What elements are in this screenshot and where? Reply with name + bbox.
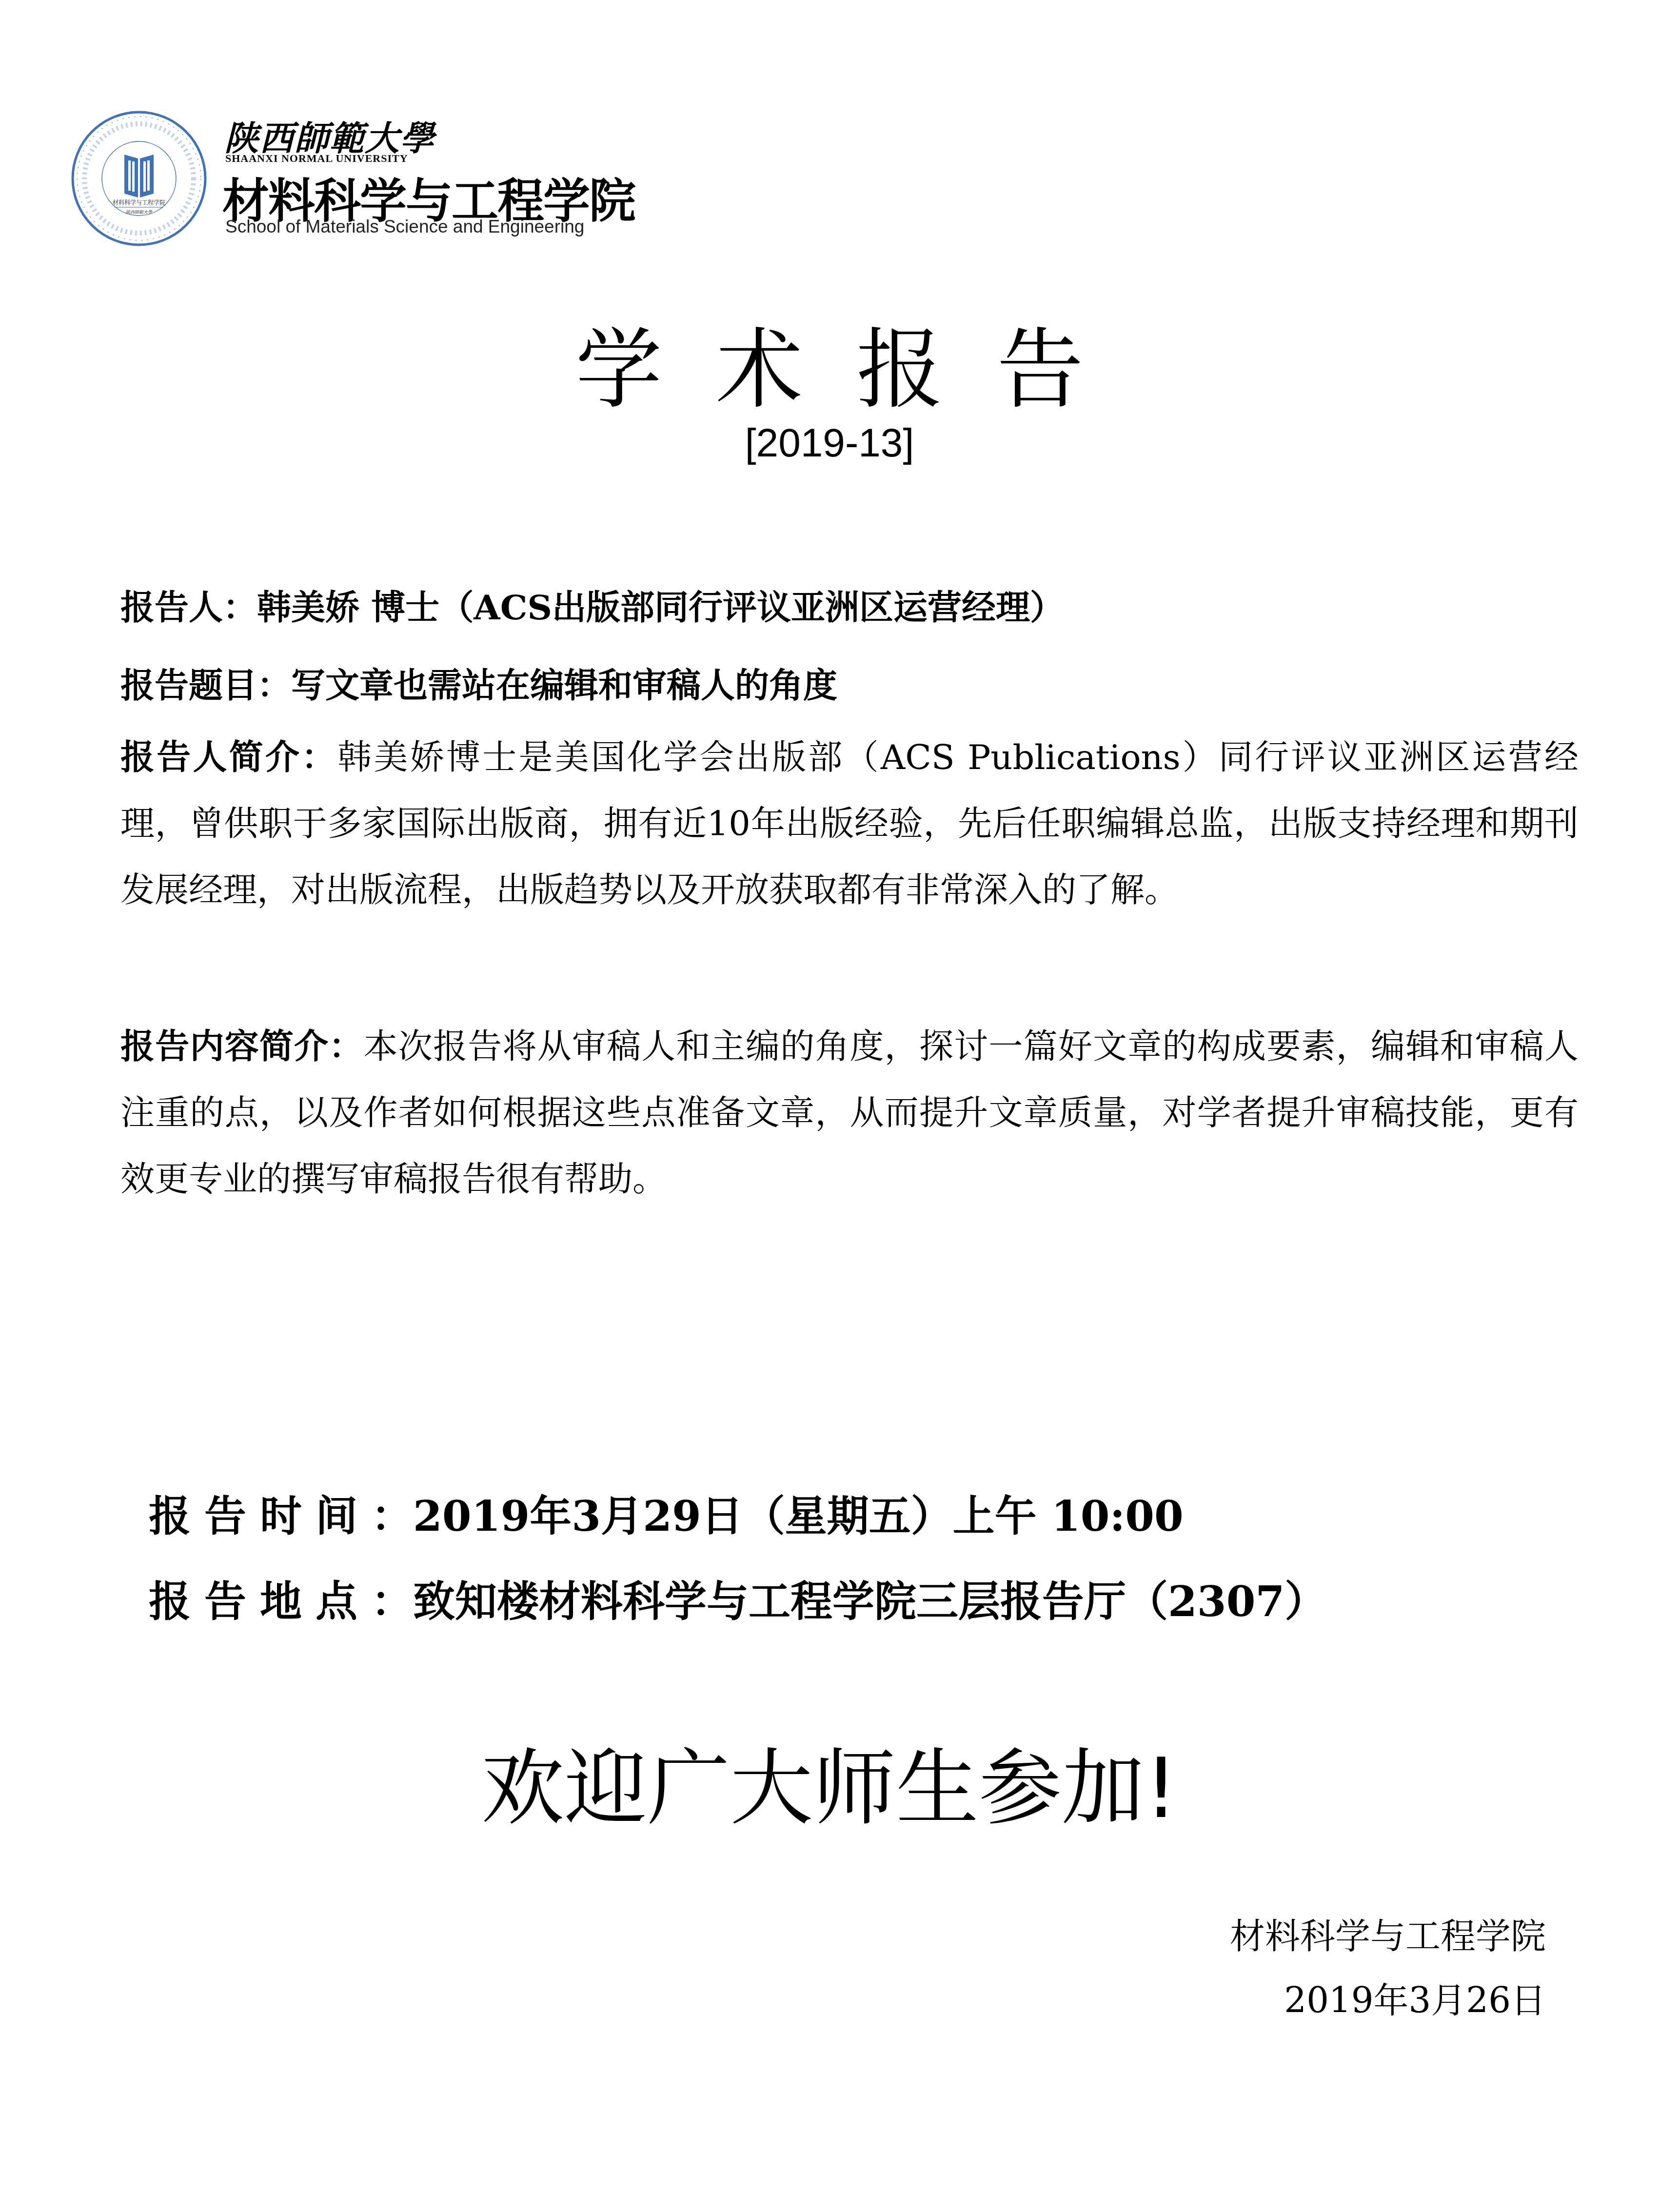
report-serial-number: [2019-13]	[0, 420, 1659, 466]
report-time: 报告时间：2019年3月29日（星期五）上午 10:00	[149, 1482, 1184, 1543]
school-name-en: School of Materials Science and Engineer…	[225, 217, 584, 237]
university-name-en: SHAANXI NORMAL UNIVERSITY	[225, 152, 408, 165]
topic-line: 报告题目：写文章也需站在编辑和审稿人的角度	[120, 658, 837, 708]
seal-inner-text: 材料科学与工程学院	[113, 199, 165, 206]
school-seal-logo: 材料科学与工程学院 陕西師範大學	[70, 110, 209, 247]
bio-label: 报告人简介：	[120, 737, 337, 777]
page-title: 学术报告	[0, 300, 1659, 425]
summary-label: 报告内容简介：	[120, 1026, 364, 1066]
seal-inner-sub: 陕西師範大學	[126, 210, 153, 215]
bio-text: 韩美娇博士是美国化学会出版部（ACS Publications）同行评议亚洲区运…	[120, 737, 1579, 910]
time-colon: ：	[371, 1492, 413, 1541]
location-label: 报告地点	[149, 1577, 371, 1626]
speaker-label: 报告人：	[120, 587, 257, 628]
topic-label: 报告题目：	[120, 665, 291, 706]
report-summary: 报告内容简介：本次报告将从审稿人和主编的角度，探讨一篇好文章的构成要素，编辑和审…	[120, 1013, 1579, 1212]
report-location: 报告地点：致知楼材料科学与工程学院三层报告厅（2307）	[149, 1568, 1326, 1628]
footer-date: 2019年3月26日	[1284, 1972, 1546, 2023]
speaker-value: 韩美娇 博士（ACS出版部同行评议亚洲区运营经理）	[257, 587, 1064, 628]
welcome-message: 欢迎广大师生参加!	[0, 1721, 1659, 1841]
location-colon: ：	[371, 1577, 413, 1626]
footer-organizer: 材料科学与工程学院	[1230, 1908, 1546, 1958]
topic-value: 写文章也需站在编辑和审稿人的角度	[291, 665, 837, 706]
time-value: 2019年3月29日（星期五）上午 10:00	[413, 1492, 1184, 1541]
speaker-bio: 报告人简介：韩美娇博士是美国化学会出版部（ACS Publications）同行…	[120, 724, 1579, 923]
speaker-line: 报告人：韩美娇 博士（ACS出版部同行评议亚洲区运营经理）	[120, 580, 1064, 630]
time-label: 报告时间	[149, 1492, 371, 1541]
location-value: 致知楼材料科学与工程学院三层报告厅（2307）	[413, 1577, 1326, 1626]
